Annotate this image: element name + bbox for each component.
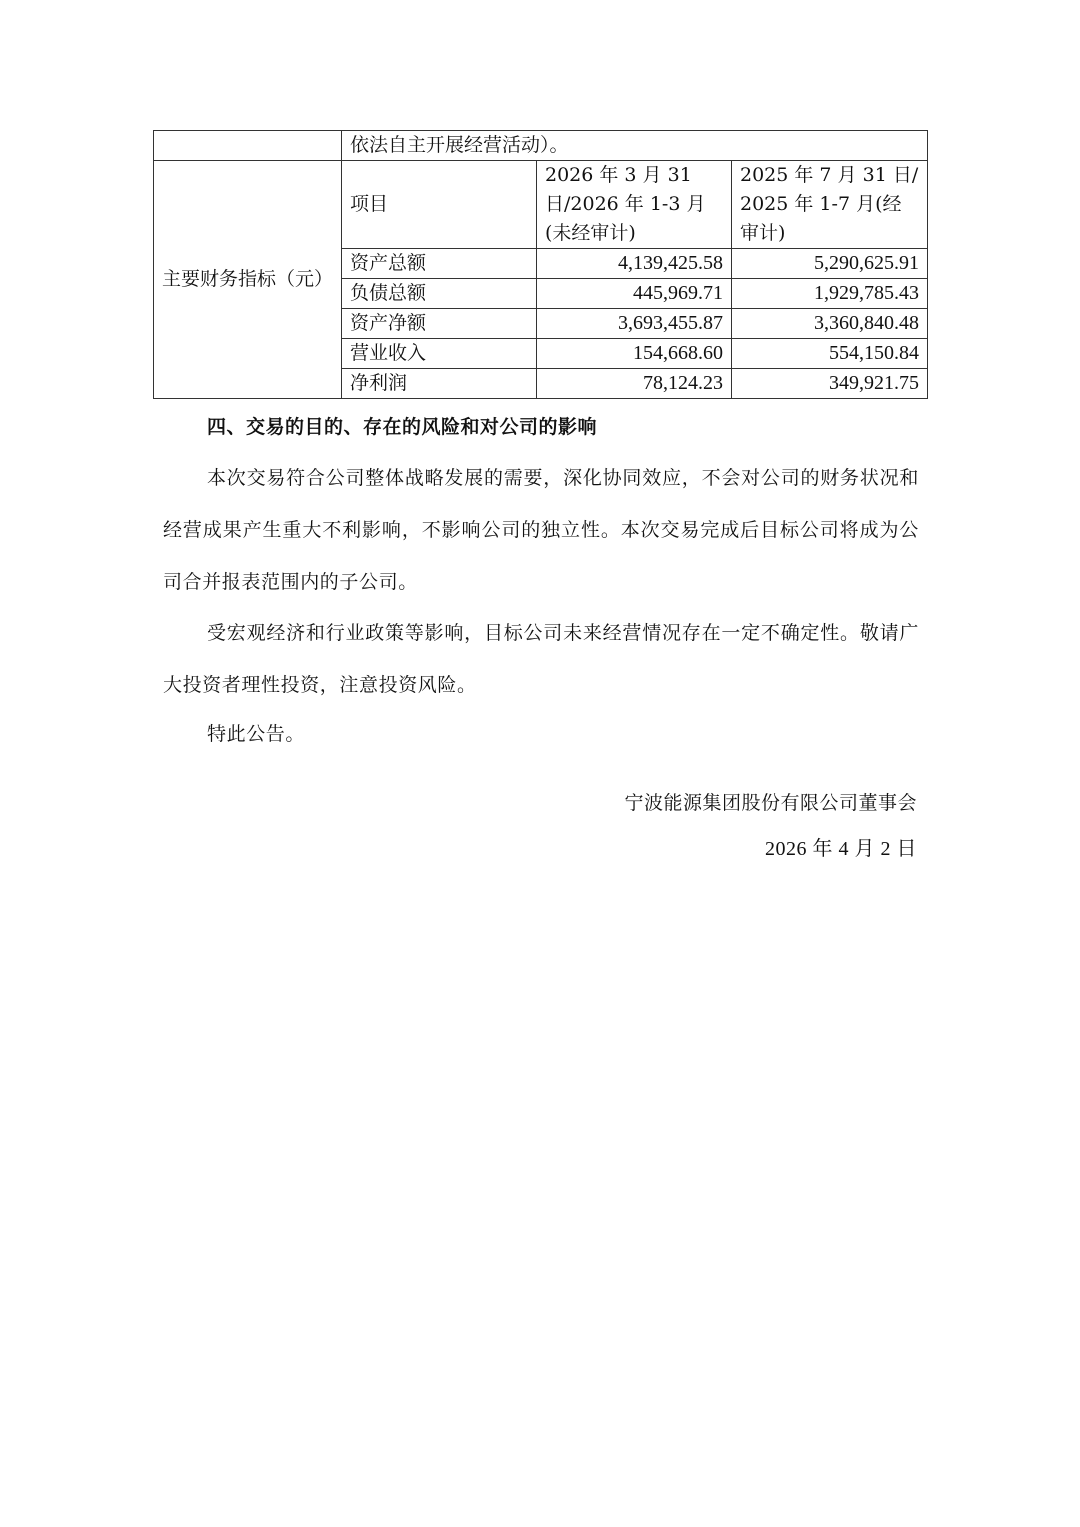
business-scope-row: 依法自主开展经营活动）。 (154, 131, 928, 161)
row-col1: 4,139,425.58 (537, 249, 732, 279)
paragraph-impact: 本次交易符合公司整体战略发展的需要，深化协同效应，不会对公司的财务状况和经营成果… (163, 452, 919, 608)
row-col2: 554,150.84 (732, 339, 928, 369)
header-item: 项目 (342, 161, 537, 249)
row-col2: 1,929,785.43 (732, 279, 928, 309)
empty-label-cell (154, 131, 342, 161)
row-col1: 445,969.71 (537, 279, 732, 309)
signature-company: 宁波能源集团股份有限公司董事会 (624, 788, 917, 815)
business-scope-tail: 依法自主开展经营活动）。 (342, 131, 928, 161)
header-col2: 2025 年 7 月 31 日/2025 年 1-7 月(经审计) (732, 161, 928, 249)
table-header-row: 主要财务指标（元） 项目 2026 年 3 月 31 日/2026 年 1-3 … (154, 161, 928, 249)
paragraph-closing: 特此公告。 (163, 708, 919, 760)
section-label: 主要财务指标（元） (154, 161, 342, 399)
row-col2: 349,921.75 (732, 369, 928, 399)
row-item: 资产净额 (342, 309, 537, 339)
signature-date: 2026 年 4 月 2 日 (765, 832, 917, 861)
row-col1: 3,693,455.87 (537, 309, 732, 339)
header-col1: 2026 年 3 月 31 日/2026 年 1-3 月(未经审计) (537, 161, 732, 249)
row-col1: 78,124.23 (537, 369, 732, 399)
row-col2: 3,360,840.48 (732, 309, 928, 339)
paragraph-risk: 受宏观经济和行业政策等影响，目标公司未来经营情况存在一定不确定性。敬请广大投资者… (163, 607, 919, 711)
row-col2: 5,290,625.91 (732, 249, 928, 279)
row-item: 营业收入 (342, 339, 537, 369)
row-item: 净利润 (342, 369, 537, 399)
financial-indicators-table: 依法自主开展经营活动）。 主要财务指标（元） 项目 2026 年 3 月 31 … (153, 130, 928, 399)
row-col1: 154,668.60 (537, 339, 732, 369)
section-heading: 四、交易的目的、存在的风险和对公司的影响 (207, 412, 597, 439)
row-item: 资产总额 (342, 249, 537, 279)
row-item: 负债总额 (342, 279, 537, 309)
